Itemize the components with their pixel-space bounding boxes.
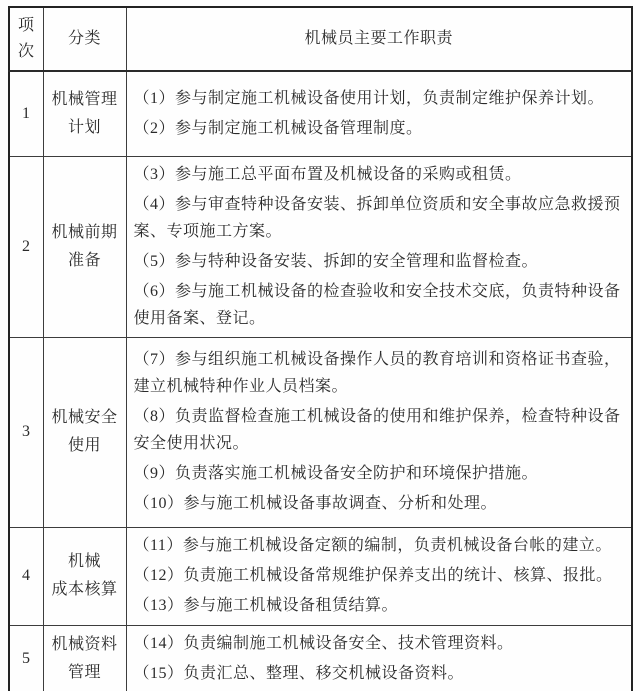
duty-item: （3）参与施工总平面布置及机械设备的采购或租赁。 [134,161,626,188]
category-line: 计划 [48,114,122,142]
duty-item: （15）负责汇总、整理、移交机械设备资料。 [134,660,626,687]
duty-item: （13）参与施工机械设备租赁结算。 [134,592,626,619]
header-row: 项次 分类 机械员主要工作职责 [9,7,632,71]
duty-item: （5）参与特种设备安装、拆卸的安全管理和监督检查。 [134,248,626,275]
header-item-no: 项次 [9,7,43,71]
category-cell: 机械安全 使用 [43,337,126,527]
category-line: 机械前期 [48,219,122,247]
duty-item: （6）参与施工机械设备的检查验收和安全技术交底，负责特种设备使用备案、登记。 [134,278,626,332]
category-line: 机械安全 [48,404,122,432]
category-cell: 机械管理 计划 [43,71,126,156]
duties-cell: （3）参与施工总平面布置及机械设备的采购或租赁。 （4）参与审查特种设备安装、拆… [126,156,632,337]
header-category: 分类 [43,7,126,71]
category-line: 机械 [48,548,122,576]
table-row: 2 机械前期 准备 （3）参与施工总平面布置及机械设备的采购或租赁。 （4）参与… [9,156,632,337]
duty-item: （2）参与制定施工机械设备管理制度。 [134,115,626,142]
duties-cell: （1）参与制定施工机械设备使用计划，负责制定维护保养计划。 （2）参与制定施工机… [126,71,632,156]
duty-item: （12）负责施工机械设备常规维护保养支出的统计、核算、报批。 [134,562,626,589]
duties-cell: （14）负责编制施工机械设备安全、技术管理资料。 （15）负责汇总、整理、移交机… [126,625,632,691]
table-row: 4 机械 成本核算 （11）参与施工机械设备定额的编制，负责机械设备台帐的建立。… [9,527,632,625]
category-line: 准备 [48,247,122,275]
row-number: 2 [9,156,43,337]
duty-item: （9）负责落实施工机械设备安全防护和环境保护措施。 [134,460,626,487]
table-row: 5 机械资料 管理 （14）负责编制施工机械设备安全、技术管理资料。 （15）负… [9,625,632,691]
document-page: 项次 分类 机械员主要工作职责 1 机械管理 计划 （1）参与制定施工机械设备使… [0,0,640,691]
duties-table: 项次 分类 机械员主要工作职责 1 机械管理 计划 （1）参与制定施工机械设备使… [8,6,633,691]
row-number: 4 [9,527,43,625]
category-line: 管理 [48,659,122,687]
category-line: 机械管理 [48,86,122,114]
duty-item: （14）负责编制施工机械设备安全、技术管理资料。 [134,630,626,657]
duty-item: （8）负责监督检查施工机械设备的使用和维护保养，检查特种设备安全使用状况。 [134,403,626,457]
category-line: 使用 [48,432,122,460]
duty-item: （1）参与制定施工机械设备使用计划，负责制定维护保养计划。 [134,85,626,112]
duty-item: （10）参与施工机械设备事故调查、分析和处理。 [134,490,626,517]
table-row: 3 机械安全 使用 （7）参与组织施工机械设备操作人员的教育培训和资格证书查验，… [9,337,632,527]
duties-cell: （11）参与施工机械设备定额的编制，负责机械设备台帐的建立。 （12）负责施工机… [126,527,632,625]
duties-cell: （7）参与组织施工机械设备操作人员的教育培训和资格证书查验，建立机械特种作业人员… [126,337,632,527]
row-number: 3 [9,337,43,527]
category-line: 机械资料 [48,631,122,659]
duty-item: （4）参与审查特种设备安装、拆卸单位资质和安全事故应急救援预案、专项施工方案。 [134,191,626,245]
table-row: 1 机械管理 计划 （1）参与制定施工机械设备使用计划，负责制定维护保养计划。 … [9,71,632,156]
duty-item: （7）参与组织施工机械设备操作人员的教育培训和资格证书查验，建立机械特种作业人员… [134,346,626,400]
row-number: 1 [9,71,43,156]
duty-item: （11）参与施工机械设备定额的编制，负责机械设备台帐的建立。 [134,532,626,559]
category-cell: 机械 成本核算 [43,527,126,625]
category-cell: 机械资料 管理 [43,625,126,691]
category-line: 成本核算 [48,576,122,604]
header-duties: 机械员主要工作职责 [126,7,632,71]
category-cell: 机械前期 准备 [43,156,126,337]
row-number: 5 [9,625,43,691]
